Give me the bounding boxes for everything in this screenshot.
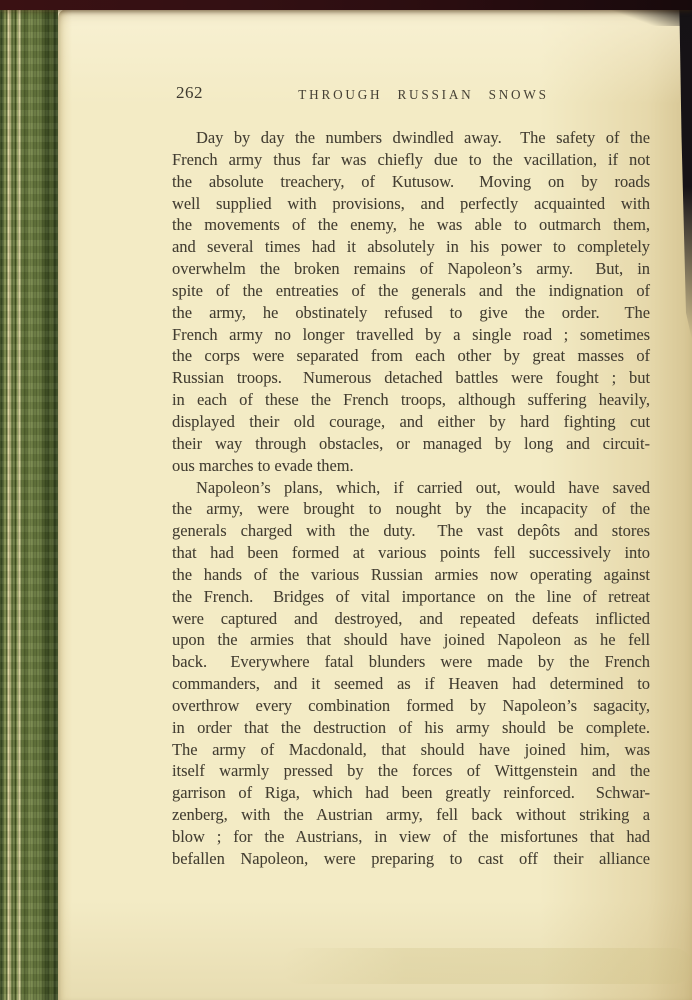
text-line: the absolute treachery, of Kutusow. Movi…	[172, 171, 650, 193]
scanned-book-page-photo: 262 THROUGH RUSSIAN SNOWS Day by day the…	[0, 0, 692, 1000]
running-head: THROUGH RUSSIAN SNOWS	[298, 87, 548, 103]
text-line: commanders, and it seemed as if Heaven h…	[172, 673, 650, 695]
text-line: zenberg, with the Austrian army, fell ba…	[172, 804, 650, 826]
page-number: 262	[176, 83, 203, 103]
text-column: 262 THROUGH RUSSIAN SNOWS Day by day the…	[172, 85, 650, 870]
text-line: Russian troops. Numerous detached battle…	[172, 367, 650, 389]
text-line: and several times had it absolutely in h…	[172, 236, 650, 258]
text-line: the army, were brought to nought by the …	[172, 498, 650, 520]
text-line: the movements of the enemy, he was able …	[172, 214, 650, 236]
text-line: garrison of Riga, which had been greatly…	[172, 782, 650, 804]
text-line: The army of Macdonald, that should have …	[172, 739, 650, 761]
text-line: itself warmly pressed by the forces of W…	[172, 760, 650, 782]
book-fore-edge-pages	[0, 0, 58, 1000]
text-line: were captured and destroyed, and repeate…	[172, 608, 650, 630]
text-line: back. Everywhere fatal blunders were mad…	[172, 651, 650, 673]
text-line: the corps were separated from each other…	[172, 345, 650, 367]
text-line: overwhelm the broken remains of Napoleon…	[172, 258, 650, 280]
text-line: French army no longer travelled by a sin…	[172, 324, 650, 346]
text-line: generals charged with the duty. The vast…	[172, 520, 650, 542]
text-line: ous marches to evade them.	[172, 455, 650, 477]
text-line: displayed their old courage, and either …	[172, 411, 650, 433]
page-header: 262 THROUGH RUSSIAN SNOWS	[172, 85, 650, 103]
text-line: upon the armies that should have joined …	[172, 629, 650, 651]
text-line: the hands of the various Russian armies …	[172, 564, 650, 586]
paper-wear-streak	[282, 948, 692, 984]
text-line: well supplied with provisions, and perfe…	[172, 193, 650, 215]
text-line: overthrow every combination formed by Na…	[172, 695, 650, 717]
text-line: the army, he obstinately refused to give…	[172, 302, 650, 324]
text-line: in each of these the French troops, alth…	[172, 389, 650, 411]
page-body-text: Day by day the numbers dwindled away. Th…	[172, 127, 650, 870]
paragraph: Day by day the numbers dwindled away. Th…	[172, 127, 650, 477]
book-page: 262 THROUGH RUSSIAN SNOWS Day by day the…	[58, 9, 692, 1000]
text-line: their way through obstacles, or managed …	[172, 433, 650, 455]
text-line: blow ; for the Austrians, in view of the…	[172, 826, 650, 848]
text-line: French army thus far was chiefly due to …	[172, 149, 650, 171]
text-line: befallen Napoleon, were preparing to cas…	[172, 848, 650, 870]
text-line: in order that the destruction of his arm…	[172, 717, 650, 739]
text-line: spite of the entreaties of the generals …	[172, 280, 650, 302]
text-line: Day by day the numbers dwindled away. Th…	[172, 127, 650, 149]
text-line: the French. Bridges of vital importance …	[172, 586, 650, 608]
text-line: that had been formed at various points f…	[172, 542, 650, 564]
text-line: Napoleon’s plans, which, if carried out,…	[172, 477, 650, 499]
paragraph: Napoleon’s plans, which, if carried out,…	[172, 477, 650, 870]
book-cover-top-edge	[0, 0, 692, 10]
